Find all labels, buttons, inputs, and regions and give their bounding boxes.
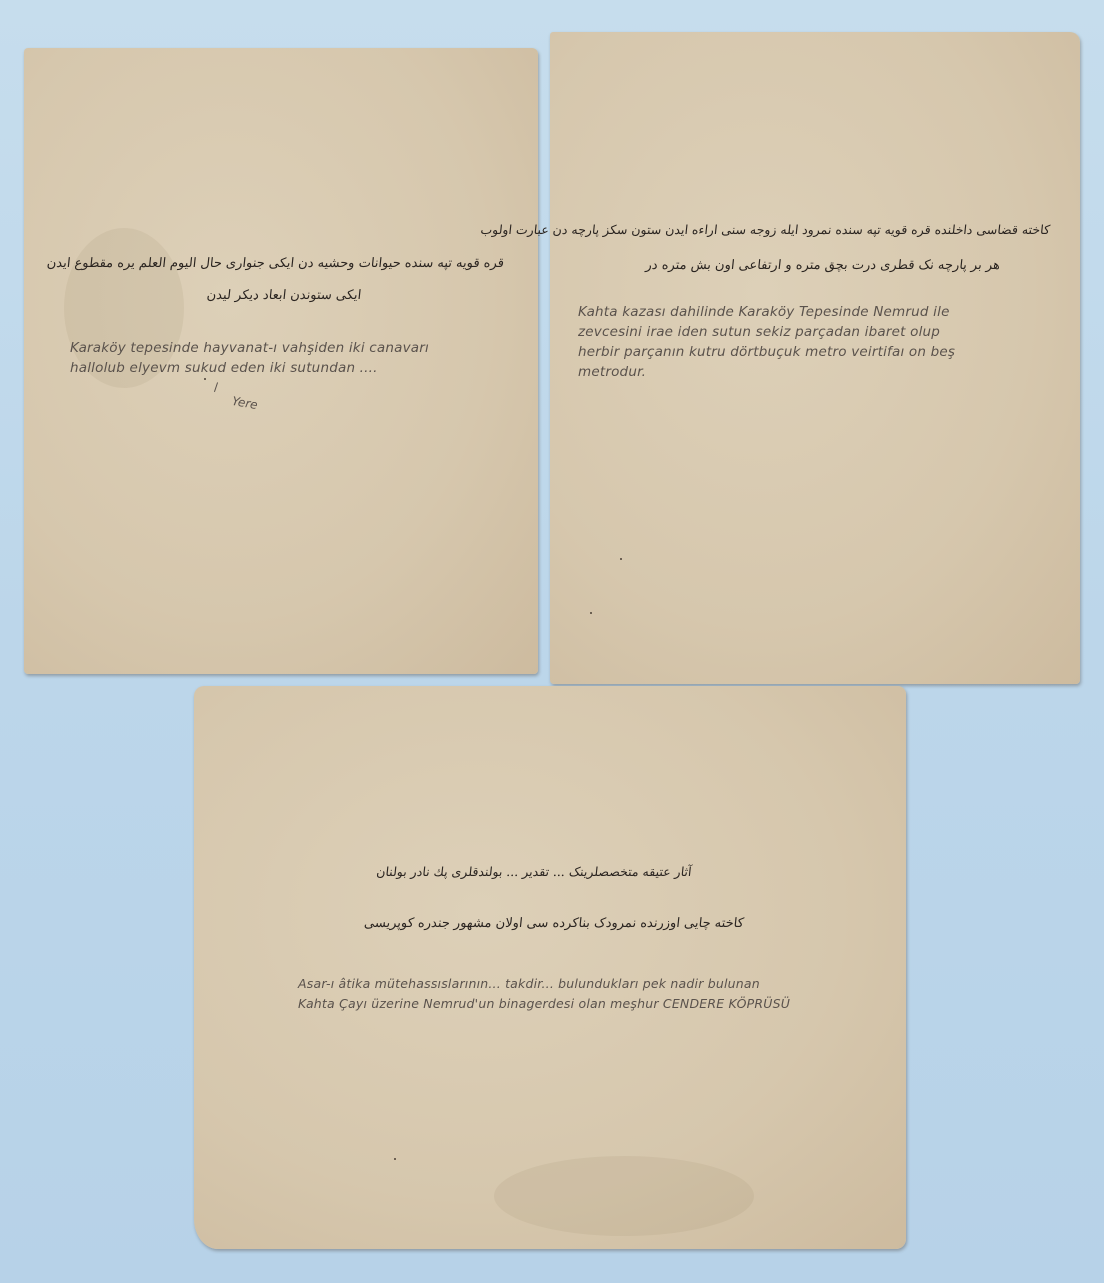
transliteration-line-2: Kahta Çayı üzerine Nemrud'un binagerdesi…	[298, 994, 790, 1014]
transliteration: Kahta kazası dahilinde Karaköy Tepesinde…	[578, 302, 955, 382]
ottoman-caption-line-2: ایکی ستوندن ابعاد دیکر لیدن	[103, 288, 465, 303]
ottoman-caption-line-1: قره قویه تپه سنده حیوانات وحشیه دن ایکی …	[63, 256, 505, 271]
transliteration-line-1: Karaköy tepesinde hayvanat-ı vahşiden ik…	[70, 338, 429, 358]
transliteration-line-2: hallolub elyevm sukud eden iki sutundan …	[70, 358, 429, 378]
spot	[394, 1158, 396, 1160]
correction-note: Yere	[231, 394, 259, 412]
ottoman-caption-line-2: کاخته چایی اوزرنده نمرودک بناکرده سی اول…	[343, 916, 765, 931]
transliteration-line-1: Kahta kazası dahilinde Karaköy Tepesinde…	[578, 302, 955, 322]
transliteration-line-3: herbir parçanın kutru dörtbuçuk metro ve…	[578, 342, 955, 362]
photo-mount-card-2: کاخته قضاسی داخلنده قره قویه تپه سنده نم…	[550, 32, 1080, 684]
transliteration: Karaköy tepesinde hayvanat-ı vahşiden ik…	[70, 338, 429, 378]
ottoman-caption-line-1: کاخته قضاسی داخلنده قره قویه تپه سنده نم…	[579, 222, 1051, 237]
photo-mount-card-3: آثار عتیقه متخصصلرینک ... تقدیر ... بولن…	[194, 686, 906, 1249]
transliteration-line-1: Asar-ı âtika mütehassıslarının... takdir…	[298, 974, 790, 994]
transliteration-line-2: zevcesini irae iden sutun sekiz parçadan…	[578, 322, 955, 342]
photo-mount-card-1: قره قویه تپه سنده حیوانات وحشیه دن ایکی …	[24, 48, 538, 674]
spot	[620, 558, 622, 560]
transliteration: Asar-ı âtika mütehassıslarının... takdir…	[298, 974, 790, 1014]
ottoman-caption-line-1: آثار عتیقه متخصصلرینک ... تقدیر ... بولن…	[283, 864, 785, 879]
transliteration-line-4: metrodur.	[578, 362, 955, 382]
spot	[204, 378, 206, 380]
correction-caret: \	[211, 380, 221, 394]
spot	[254, 298, 256, 300]
spot	[590, 612, 592, 614]
stain	[494, 1156, 754, 1236]
ottoman-caption-line-2: هر بر پارچه نک قطری درت بچق متره و ارتفا…	[699, 258, 1001, 273]
